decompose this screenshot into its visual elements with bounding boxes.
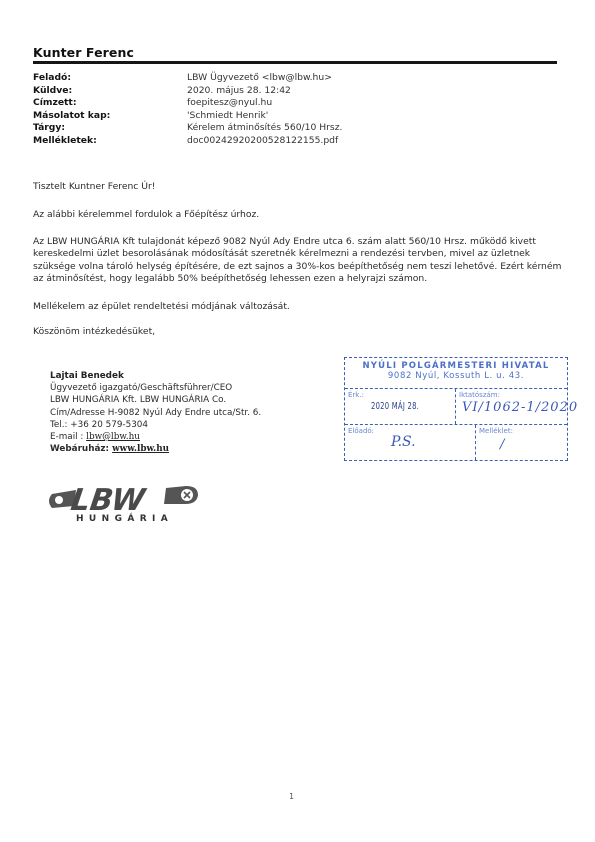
closing: Köszönöm intézkedésüket, xyxy=(33,326,155,338)
signer-phone: Tel.: +36 20 579-5304 xyxy=(50,419,261,431)
cc-value: 'Schmiedt Henrik' xyxy=(187,110,268,123)
registry-stamp: NYÚLI POLGÁRMESTERI HIVATAL 9082 Nyúl, K… xyxy=(344,357,568,461)
signer-address: Cím/Adresse H-9082 Nyúl Ady Endre utca/S… xyxy=(50,407,261,419)
signer-email-line: E-mail : lbw@lbw.hu xyxy=(50,431,261,443)
email-label: E-mail : xyxy=(50,432,86,442)
meta-label: Tárgy: xyxy=(33,122,187,135)
intro-paragraph: Az alábbi kérelemmel fordulok a Főépítés… xyxy=(33,209,259,221)
received-label: Érk.: xyxy=(348,391,364,399)
stamp-row-received: Érk.: 2020 MÁJ 28. Iktatószám: VI/1062-1… xyxy=(345,389,567,425)
meta-label: Küldve: xyxy=(33,85,187,98)
email-link[interactable]: lbw@lbw.hu xyxy=(86,432,140,442)
email-metadata: Feladó: LBW Ügyvezető <lbw@lbw.hu> Küldv… xyxy=(33,72,342,148)
stamp-file-number-cell: Iktatószám: VI/1062-1/2020 xyxy=(456,389,567,424)
attachments-handwritten: / xyxy=(500,437,504,452)
signer-title: Ügyvezető igazgató/Geschäftsführer/CEO xyxy=(50,382,261,394)
file-number-handwritten: VI/1062-1/2020 xyxy=(462,400,578,415)
webshop-label: Webáruház: xyxy=(50,444,112,454)
sent-date-value: 2020. május 28. 12:42 xyxy=(187,85,291,98)
email-signature: Lajtai Benedek Ügyvezető igazgató/Geschä… xyxy=(50,370,261,455)
meta-label: Mellékletek: xyxy=(33,135,187,148)
meta-row-from: Feladó: LBW Ügyvezető <lbw@lbw.hu> xyxy=(33,72,342,85)
attachment-filename: doc00242920200528122155.pdf xyxy=(187,135,338,148)
attachment-note: Mellékelem az épület rendeltetési módján… xyxy=(33,301,290,313)
stamp-address: 9082 Nyúl, Kossuth L. u. 43. xyxy=(345,371,567,381)
stamp-officer-cell: Előadó: P.S. xyxy=(345,425,476,460)
attachments-label: Melléklet: xyxy=(479,427,513,435)
signer-web-line: Webáruház: www.lbw.hu xyxy=(50,443,261,455)
subject-value: Kérelem átminősítés 560/10 Hrsz. xyxy=(187,122,342,135)
meta-label: Feladó: xyxy=(33,72,187,85)
sender-value: LBW Ügyvezető <lbw@lbw.hu> xyxy=(187,72,332,85)
header-divider xyxy=(33,61,557,64)
email-printout-page: Kunter Ferenc Feladó: LBW Ügyvezető <lbw… xyxy=(0,0,595,842)
officer-initials: P.S. xyxy=(391,434,416,450)
meta-row-to: Címzett: foepitesz@nyul.hu xyxy=(33,97,342,110)
signer-name: Lajtai Benedek xyxy=(50,370,261,382)
stamp-received-cell: Érk.: 2020 MÁJ 28. xyxy=(345,389,456,424)
webshop-link[interactable]: www.lbw.hu xyxy=(112,444,169,454)
meta-row-subject: Tárgy: Kérelem átminősítés 560/10 Hrsz. xyxy=(33,122,342,135)
stamp-organization: NYÚLI POLGÁRMESTERI HIVATAL xyxy=(345,358,567,371)
mailbox-owner-title: Kunter Ferenc xyxy=(33,45,134,60)
logo-subtitle: HUNGÁRIA xyxy=(76,514,173,524)
meta-label: Címzett: xyxy=(33,97,187,110)
meta-row-cc: Másolatot kap: 'Schmiedt Henrik' xyxy=(33,110,342,123)
page-number: 1 xyxy=(289,792,294,801)
file-number-label: Iktatószám: xyxy=(459,391,500,399)
signer-company: LBW HUNGÁRIA Kft. LBW HUNGÁRIA Co. xyxy=(50,394,261,406)
stamp-row-officer: Előadó: P.S. Melléklet: / xyxy=(345,425,567,460)
received-date: 2020 MÁJ 28. xyxy=(371,401,419,412)
request-paragraph: Az LBW HUNGÁRIA Kft tulajdonát képező 90… xyxy=(33,236,563,286)
stamp-header: NYÚLI POLGÁRMESTERI HIVATAL 9082 Nyúl, K… xyxy=(345,358,567,389)
meta-label: Másolatot kap: xyxy=(33,110,187,123)
meta-row-attachments: Mellékletek: doc00242920200528122155.pdf xyxy=(33,135,342,148)
officer-label: Előadó: xyxy=(348,427,374,435)
greeting: Tisztelt Kuntner Ferenc Úr! xyxy=(33,181,155,193)
logo-text: LBW xyxy=(69,483,149,518)
stamp-attachments-cell: Melléklet: / xyxy=(476,425,567,460)
recipient-value: foepitesz@nyul.hu xyxy=(187,97,272,110)
meta-row-sent: Küldve: 2020. május 28. 12:42 xyxy=(33,85,342,98)
